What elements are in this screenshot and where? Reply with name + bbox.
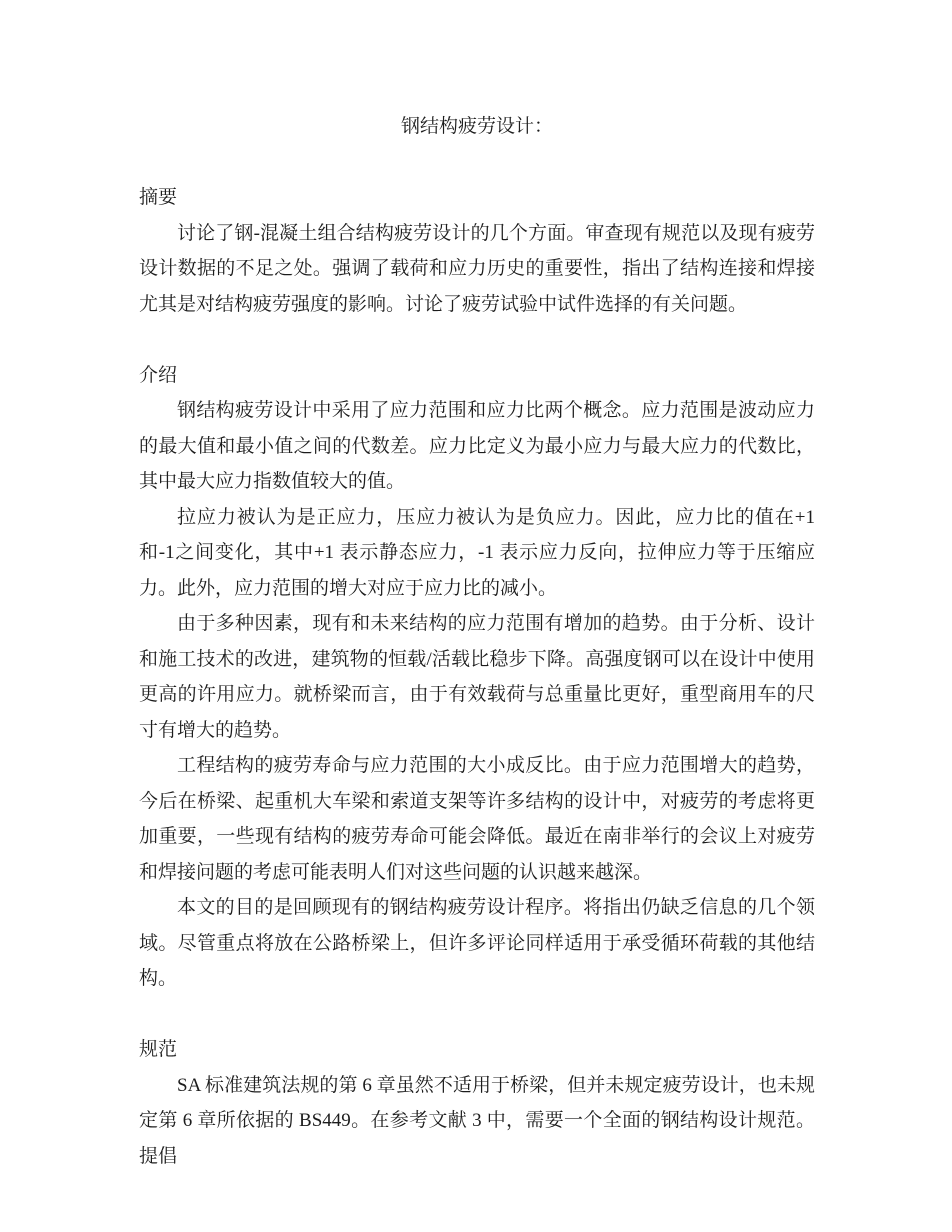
paragraph-introduction-4: 工程结构的疲劳寿命与应力范围的大小成反比。由于应力范围增大的趋势，今后在桥梁、起… (139, 748, 815, 890)
paragraph-abstract-1: 讨论了钢-混凝土组合结构疲劳设计的几个方面。审查现有规范以及现有疲劳设计数据的不… (139, 216, 815, 323)
blank-line (139, 997, 815, 1033)
blank-line (139, 322, 815, 358)
section-heading-introduction: 介绍 (139, 358, 815, 394)
document-title: 钢结构疲劳设计： (139, 109, 815, 145)
blank-line (139, 145, 815, 181)
paragraph-introduction-3: 由于多种因素，现有和未来结构的应力范围有增加的趋势。由于分析、设计和施工技术的改… (139, 606, 815, 748)
paragraph-introduction-5: 本文的目的是回顾现有的钢结构疲劳设计程序。将指出仍缺乏信息的几个领域。尽管重点将… (139, 890, 815, 997)
paragraph-codes-1: SA 标准建筑法规的第 6 章虽然不适用于桥梁，但并未规定疲劳设计，也未规定第 … (139, 1068, 815, 1175)
paragraph-introduction-2: 拉应力被认为是正应力，压应力被认为是负应力。因此，应力比的值在+1 和-1之间变… (139, 500, 815, 607)
paragraph-introduction-1: 钢结构疲劳设计中采用了应力范围和应力比两个概念。应力范围是波动应力的最大值和最小… (139, 393, 815, 500)
section-heading-abstract: 摘要 (139, 180, 815, 216)
section-heading-codes: 规范 (139, 1032, 815, 1068)
document-page: 钢结构疲劳设计： 摘要 讨论了钢-混凝土组合结构疲劳设计的几个方面。审查现有规范… (139, 0, 815, 1174)
